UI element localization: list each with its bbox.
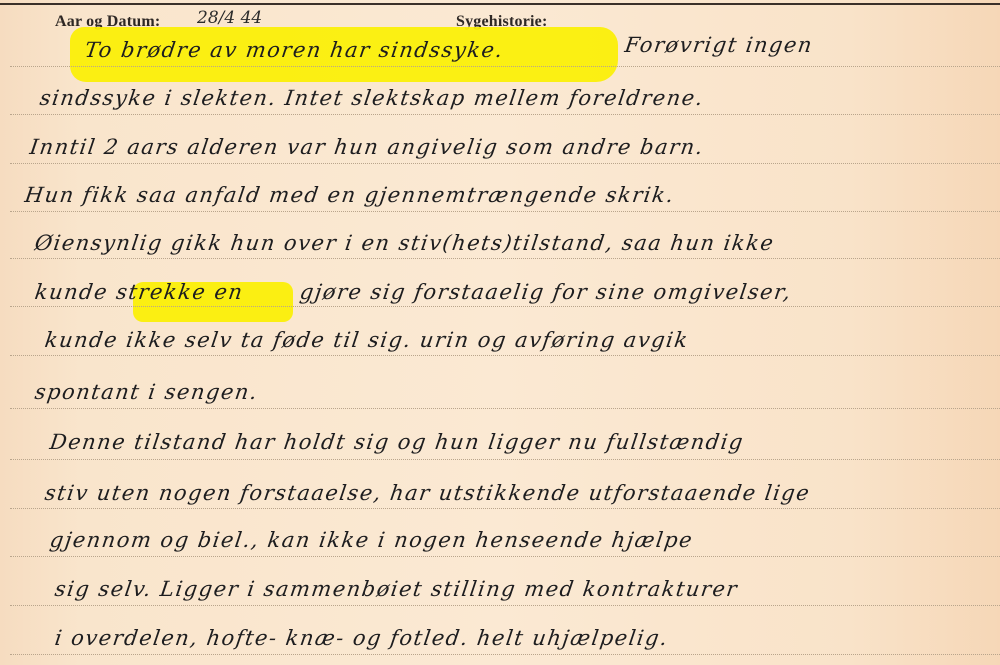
ruled-line (10, 355, 1000, 356)
handwritten-line-1-continued: Forøvrigt ingen (623, 33, 814, 57)
handwritten-line-6: kunde strekke en (33, 280, 245, 304)
date-value: 28/4 44 (197, 8, 262, 28)
handwritten-line-8: spontant i sengen. (33, 380, 260, 404)
handwritten-line-12: sig selv. Ligger i sammenbøiet stilling … (53, 577, 739, 601)
handwritten-line-1: To brødre av moren har sindssyke. (83, 38, 505, 62)
handwritten-line-7: kunde ikke selv ta føde til sig. urin og… (43, 328, 690, 352)
handwritten-line-4: Hun fikk saa anfald med en gjennemtrænge… (23, 183, 676, 207)
ruled-line (10, 654, 1000, 655)
handwritten-line-2: sindssyke i slekten. Intet slektskap mel… (38, 86, 705, 110)
ruled-line (10, 258, 1000, 259)
ruled-line (10, 306, 1000, 307)
ruled-line (10, 211, 1000, 212)
handwritten-line-11: gjennom og biel., kan ikke i nogen hense… (48, 528, 695, 552)
handwritten-line-10: stiv uten nogen forstaaelse, har utstikk… (43, 481, 812, 505)
handwritten-line-5: Øiensynlig gikk hun over i en stiv(hets)… (33, 231, 776, 255)
top-border-rule (0, 3, 1000, 5)
handwritten-line-13: i overdelen, hofte- knæ- og fotled. helt… (53, 626, 670, 650)
ruled-line (10, 508, 1000, 509)
ruled-line (10, 459, 1000, 460)
ruled-line (10, 408, 1000, 409)
handwritten-line-3: Inntil 2 aars alderen var hun angivelig … (28, 135, 705, 159)
ruled-line (10, 605, 1000, 606)
ruled-line (10, 114, 1000, 115)
ruled-line (10, 163, 1000, 164)
handwritten-line-9: Denne tilstand har holdt sig og hun ligg… (48, 430, 745, 454)
ruled-line (10, 66, 1000, 67)
ruled-line (10, 556, 1000, 557)
handwritten-line-6-continued: gjøre sig forstaaelig for sine omgivelse… (298, 280, 793, 304)
